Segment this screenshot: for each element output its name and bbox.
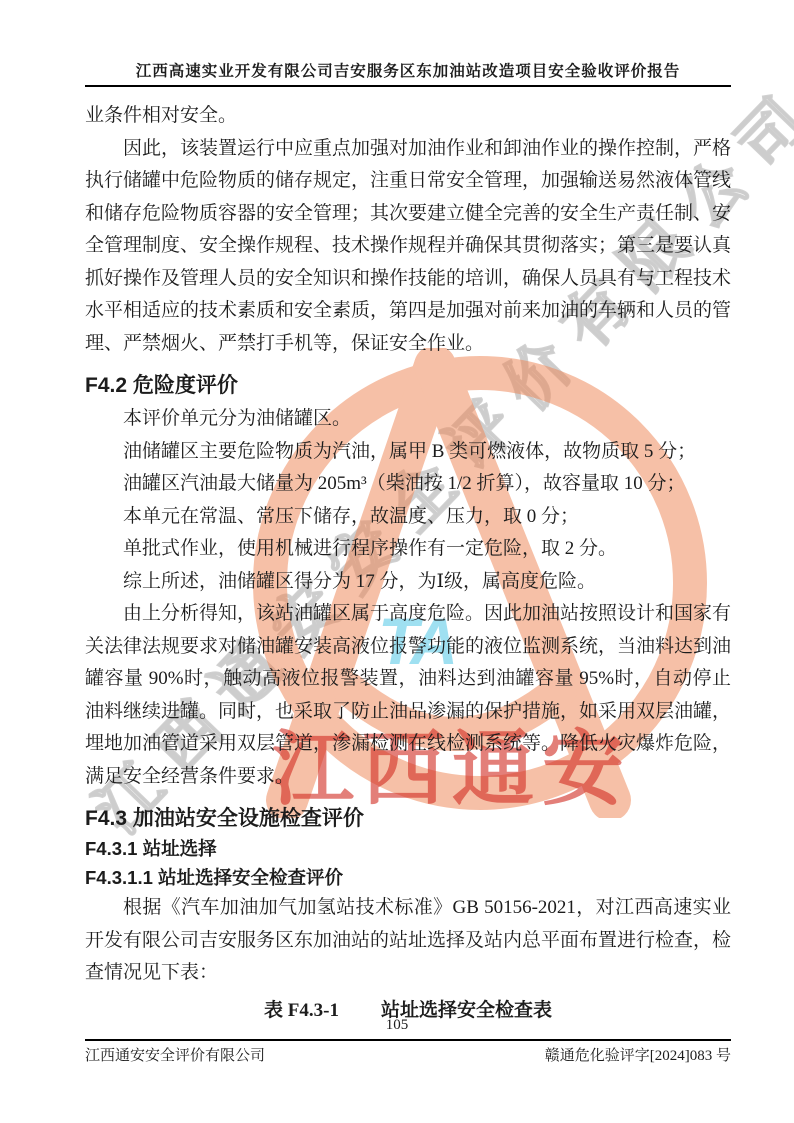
section-heading-f42: F4.2 危险度评价	[85, 372, 731, 400]
section-heading-f4311: F4.3.1.1 站址选择安全检查评价	[85, 865, 731, 891]
continuation-line: 业条件相对安全。	[85, 100, 731, 133]
f42-line-temperature-pressure-score: 本单元在常温、常压下储存，故温度、压力，取 0 分；	[85, 501, 731, 534]
f42-analysis-paragraph: 由上分析得知，该站油罐区属于高度危险。因此加油站按照设计和国家有关法律法规要求对…	[85, 598, 731, 793]
page-number: 105	[0, 1016, 794, 1034]
f42-line-operation-score: 单批式作业，使用机械进行程序操作有一定危险，取 2 分。	[85, 533, 731, 566]
section-heading-f43: F4.3 加油站安全设施检查评价	[85, 805, 731, 833]
page-content: 江西高速实业开发有限公司吉安服务区东加油站改造项目安全验收评价报告 业条件相对安…	[85, 0, 731, 1026]
section-heading-f431: F4.3.1 站址选择	[85, 836, 731, 862]
operation-control-paragraph: 因此，该装置运行中应重点加强对加油作业和卸油作业的操作控制，严格执行储罐中危险物…	[85, 133, 731, 361]
f42-line-substance-score: 油储罐区主要危险物质为汽油，属甲 B 类可燃液体，故物质取 5 分；	[85, 436, 731, 469]
f42-line-unit: 本评价单元分为油储罐区。	[85, 403, 731, 436]
f42-line-total-score: 综上所述，油储罐区得分为 17 分，为Ⅰ级，属高度危险。	[85, 566, 731, 599]
f42-line-capacity-score: 油罐区汽油最大储量为 205m³（柴油按 1/2 折算），故容量取 10 分；	[85, 468, 731, 501]
header-divider	[85, 85, 731, 87]
page-footer: 江西通安安全评价有限公司 赣通危化验评字[2024]083 号	[85, 1039, 731, 1066]
footer-company-name: 江西通安安全评价有限公司	[85, 1046, 265, 1066]
f43-intro-paragraph: 根据《汽车加油加气加氢站技术标准》GB 50156-2021，对江西高速实业开发…	[85, 892, 731, 990]
page-header-title: 江西高速实业开发有限公司吉安服务区东加油站改造项目安全验收评价报告	[85, 0, 731, 82]
report-page: { "header": { "title": "江西高速实业开发有限公司吉安服务…	[0, 0, 794, 1123]
footer-document-number: 赣通危化验评字[2024]083 号	[545, 1046, 731, 1066]
